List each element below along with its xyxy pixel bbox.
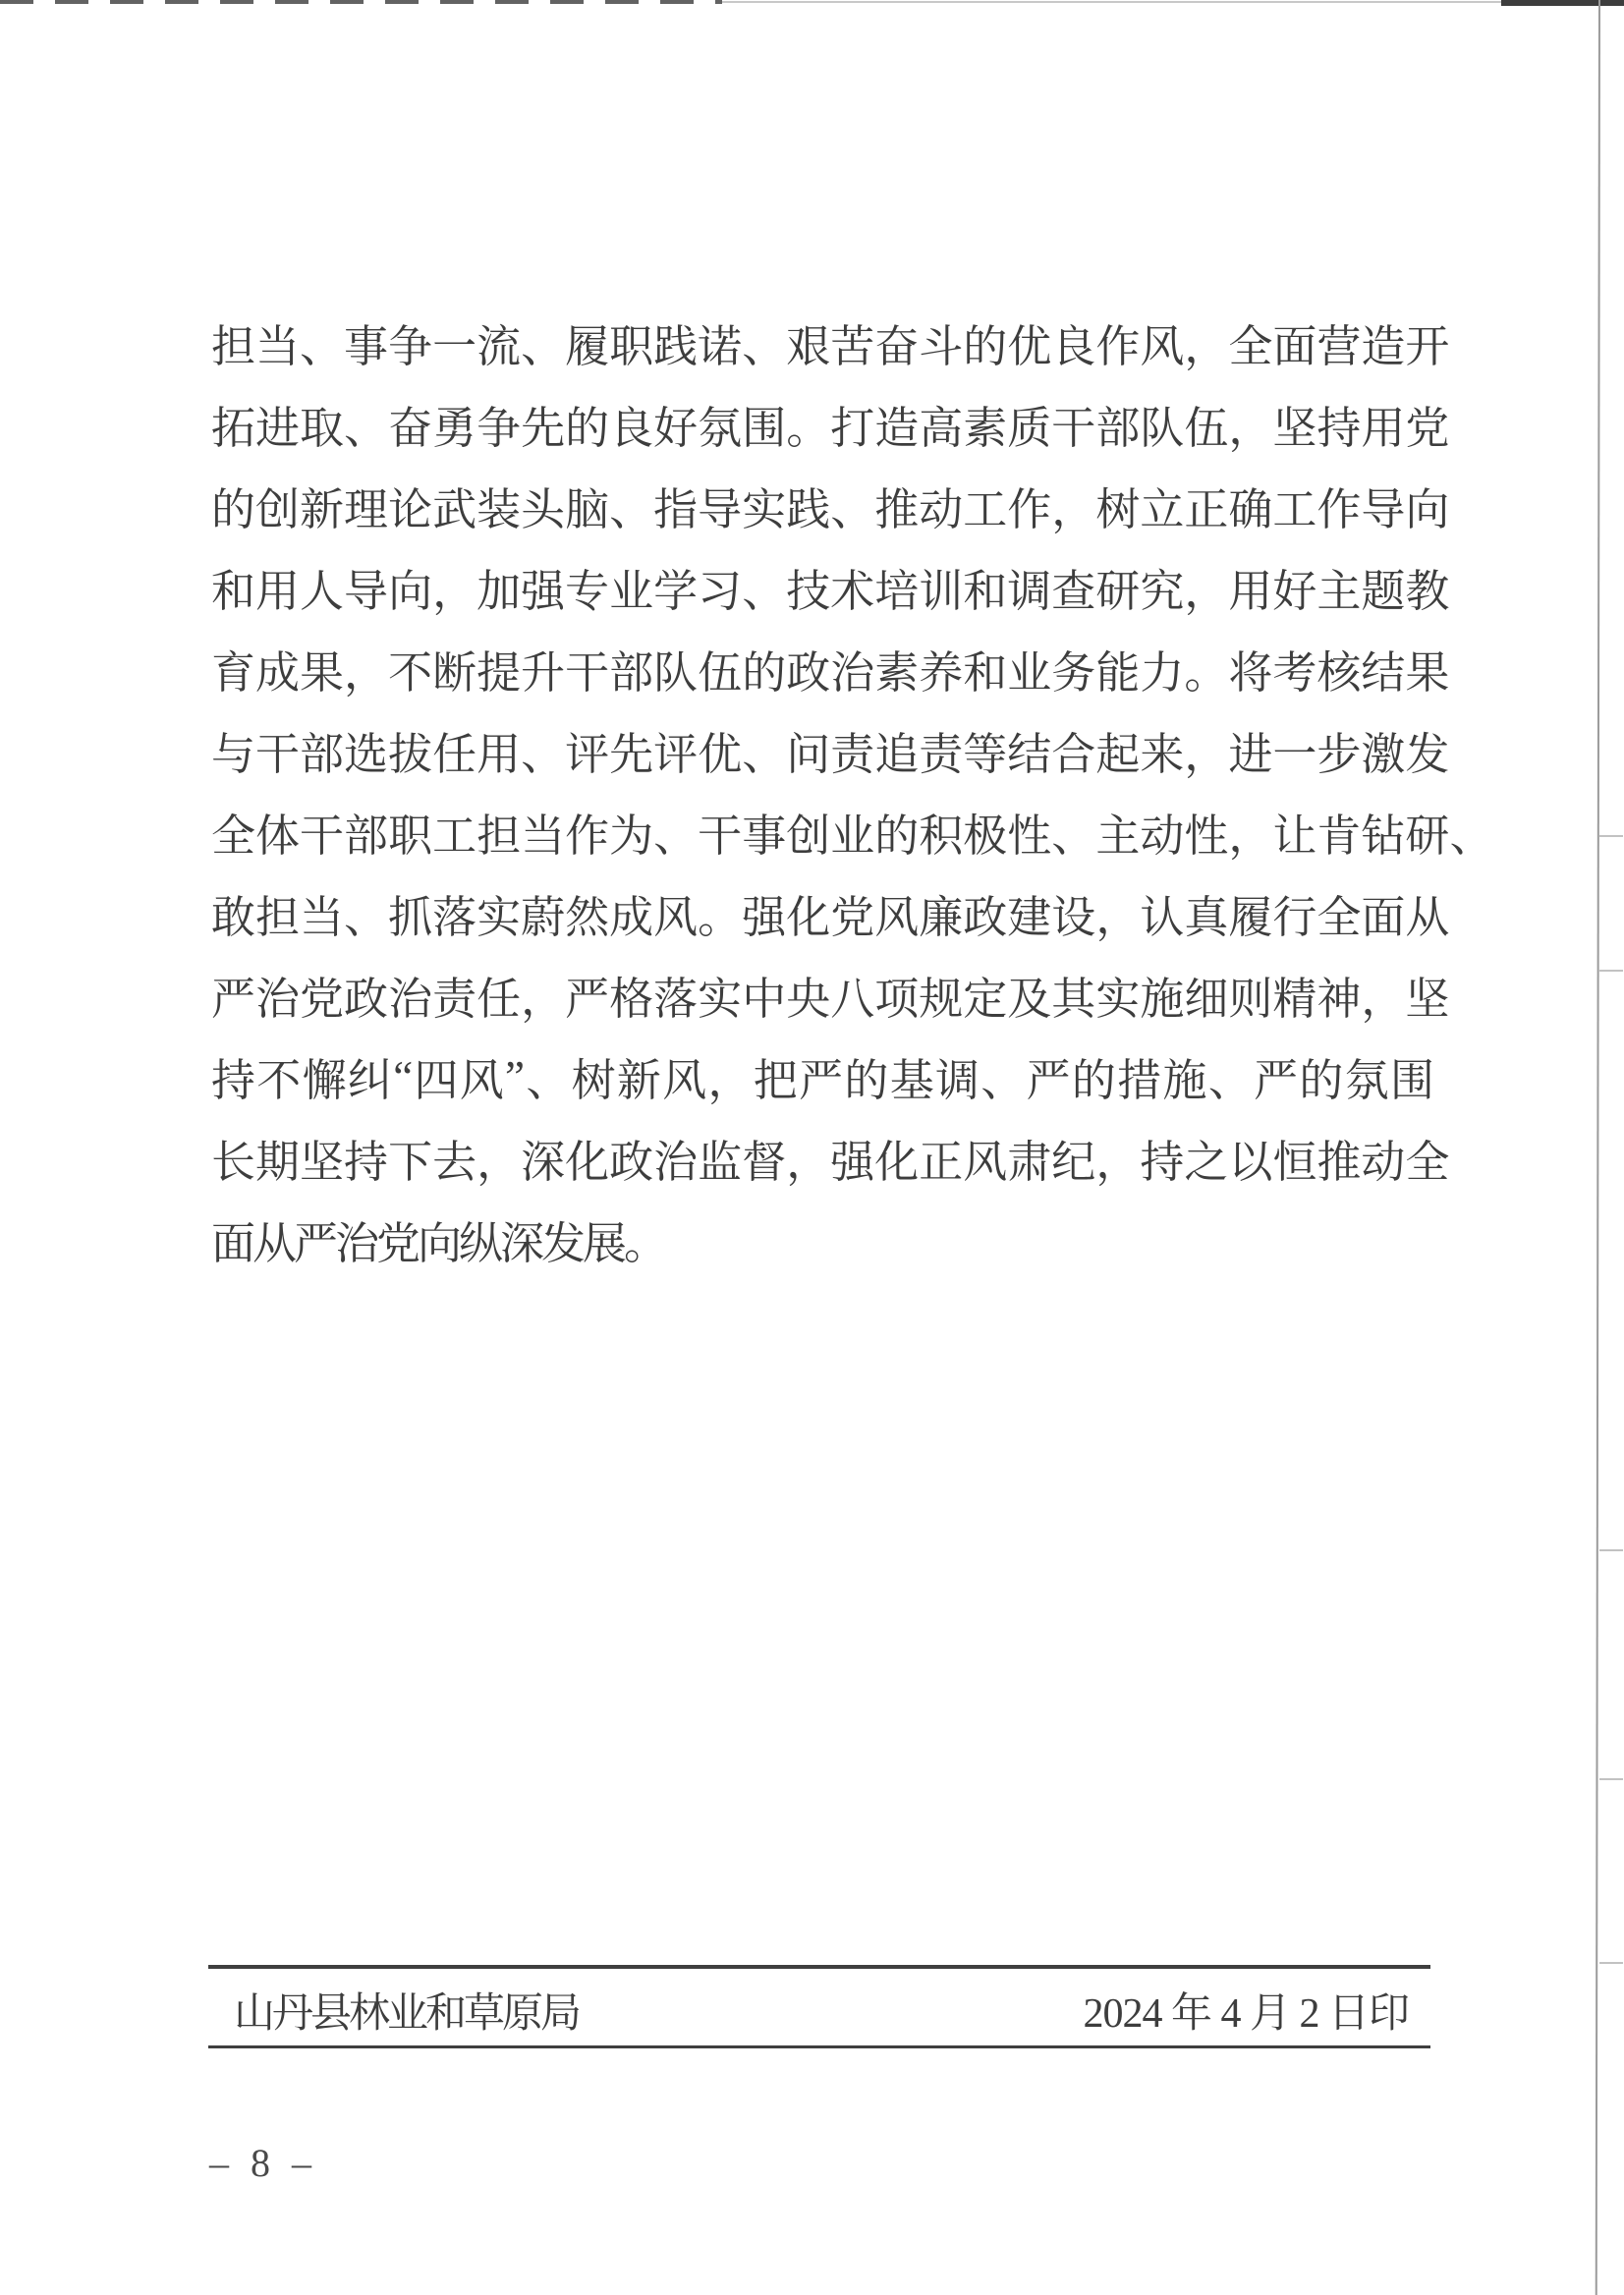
glyph: 树 <box>1095 474 1140 537</box>
glyph: 严 <box>211 963 255 1027</box>
footer-print-date: 2024 年 4 月 2 日印 <box>1083 1981 1409 2040</box>
glyph: 施 <box>1162 1044 1206 1108</box>
glyph: 优 <box>698 718 742 782</box>
glyph: 教 <box>1405 555 1449 619</box>
footer-issuer-name: 山丹县林业和草原局 <box>234 1981 579 2040</box>
glyph: 断 <box>432 637 476 700</box>
glyph: 中 <box>742 963 786 1027</box>
glyph: 培 <box>874 555 919 619</box>
glyph: 。 <box>624 1207 665 1271</box>
glyph: 一 <box>432 310 476 374</box>
glyph: 懈 <box>303 1044 347 1108</box>
glyph: 工 <box>963 474 1007 537</box>
glyph: 创 <box>786 800 830 864</box>
glyph: 当 <box>521 800 565 864</box>
glyph: 、 <box>980 1044 1025 1108</box>
glyph: 诺 <box>698 310 742 374</box>
glyph: 伍 <box>698 637 742 700</box>
glyph: ， <box>1228 392 1272 456</box>
glyph: 评 <box>653 718 698 782</box>
scan-tick <box>1599 970 1623 972</box>
glyph: 严 <box>1254 1044 1298 1108</box>
glyph: 把 <box>754 1044 798 1108</box>
glyph: 优 <box>1007 310 1051 374</box>
glyph: 项 <box>874 963 919 1027</box>
glyph: 、 <box>344 881 388 945</box>
glyph: 肃 <box>1007 1126 1051 1190</box>
glyph: 实 <box>1095 963 1140 1027</box>
glyph: 头 <box>521 474 565 537</box>
glyph: 风 <box>1140 310 1184 374</box>
glyph: 来 <box>1140 718 1184 782</box>
glyph: 、 <box>521 718 565 782</box>
glyph: 责 <box>919 718 963 782</box>
glyph: 业 <box>609 555 653 619</box>
glyph: 真 <box>1184 881 1228 945</box>
glyph: 职 <box>388 800 432 864</box>
glyph: 指 <box>653 474 698 537</box>
glyph: 面 <box>1272 310 1316 374</box>
glyph: 长 <box>211 1126 255 1190</box>
glyph: 坚 <box>300 1126 344 1190</box>
glyph: 从 <box>252 1207 294 1271</box>
glyph: 伍 <box>1184 392 1228 456</box>
glyph: 正 <box>1184 474 1228 537</box>
glyph: 人 <box>300 555 344 619</box>
glyph: 良 <box>1051 310 1095 374</box>
glyph: 题 <box>1361 555 1405 619</box>
glyph: 推 <box>1316 1126 1361 1190</box>
glyph: 担 <box>211 310 255 374</box>
glyph: 树 <box>572 1044 616 1108</box>
glyph: 四 <box>414 1044 458 1108</box>
glyph: 进 <box>1228 718 1272 782</box>
page-number: – 8 – <box>209 2140 317 2186</box>
glyph: 队 <box>653 637 698 700</box>
glyph: 氛 <box>698 392 742 456</box>
glyph: 神 <box>1316 963 1361 1027</box>
glyph: 围 <box>742 392 786 456</box>
glyph: 担 <box>255 881 300 945</box>
glyph: 全 <box>1228 310 1272 374</box>
glyph: 专 <box>565 555 609 619</box>
glyph: ， <box>432 555 476 619</box>
glyph: 业 <box>830 800 874 864</box>
glyph: 勇 <box>432 392 476 456</box>
glyph: 干 <box>1051 392 1095 456</box>
glyph: 持 <box>344 1126 388 1190</box>
glyph: 动 <box>919 474 963 537</box>
glyph: 导 <box>698 474 742 537</box>
glyph: 作 <box>1095 310 1140 374</box>
glyph: 践 <box>653 310 698 374</box>
glyph: 严 <box>565 963 609 1027</box>
glyph: 育 <box>211 637 255 700</box>
glyph: 激 <box>1361 718 1405 782</box>
glyph: 治 <box>388 963 432 1027</box>
glyph: 党 <box>830 881 874 945</box>
glyph: 论 <box>388 474 432 537</box>
glyph: “ <box>393 1051 413 1102</box>
glyph: 体 <box>255 800 300 864</box>
glyph: 争 <box>388 310 432 374</box>
body-text-line: 敢担当、抓落实蔚然成风。强化党风廉政建设，认真履行全面从 <box>211 872 1434 954</box>
glyph: 担 <box>476 800 521 864</box>
glyph: 装 <box>476 474 521 537</box>
glyph: 纠 <box>348 1044 392 1108</box>
glyph: 党 <box>376 1207 418 1271</box>
glyph: 先 <box>609 718 653 782</box>
glyph: 问 <box>786 718 830 782</box>
glyph: 先 <box>521 392 565 456</box>
glyph: 和 <box>211 555 255 619</box>
glyph: 展 <box>583 1207 624 1271</box>
glyph: 全 <box>211 800 255 864</box>
scan-tick <box>1599 1549 1623 1551</box>
glyph: 研 <box>1095 555 1140 619</box>
glyph: 果 <box>300 637 344 700</box>
glyph: 素 <box>963 392 1007 456</box>
glyph: 提 <box>476 637 521 700</box>
glyph: 恒 <box>1272 1126 1316 1190</box>
glyph: 去 <box>432 1126 476 1190</box>
glyph: 风 <box>460 1044 504 1108</box>
glyph: 技 <box>786 555 830 619</box>
glyph: 持 <box>211 1044 255 1108</box>
glyph: 氛 <box>1345 1044 1389 1108</box>
glyph: 立 <box>1140 474 1184 537</box>
glyph: 动 <box>1361 1126 1405 1190</box>
body-text-line: 持不懈纠“四风”、树新风，把严的基调、严的措施、严的氛围 <box>211 1036 1434 1117</box>
glyph: 深 <box>521 1126 565 1190</box>
glyph: 工 <box>432 800 476 864</box>
glyph: 化 <box>565 1126 609 1190</box>
glyph: 能 <box>1095 637 1140 700</box>
glyph: 严 <box>294 1207 335 1271</box>
glyph: 研 <box>1405 800 1449 864</box>
glyph: 强 <box>830 1126 874 1190</box>
body-text-line: 育成果，不断提升干部队伍的政治素养和业务能力。将考核结果 <box>211 628 1434 709</box>
glyph: 面 <box>211 1207 252 1271</box>
glyph: 干 <box>255 718 300 782</box>
glyph: 之 <box>1184 1126 1228 1190</box>
glyph: 加 <box>476 555 521 619</box>
glyph: 调 <box>1007 555 1051 619</box>
glyph: 、 <box>742 555 786 619</box>
body-text-line: 长期坚持下去，深化政治监督，强化正风肃纪，持之以恒推动全 <box>211 1117 1434 1199</box>
glyph: 风 <box>662 1044 706 1108</box>
glyph: 、 <box>521 310 565 374</box>
glyph: 认 <box>1140 881 1184 945</box>
glyph: 实 <box>698 963 742 1027</box>
glyph: 规 <box>919 963 963 1027</box>
glyph: 流 <box>476 310 521 374</box>
glyph: 坚 <box>1405 963 1449 1027</box>
glyph: 术 <box>830 555 874 619</box>
glyph: 查 <box>1051 555 1095 619</box>
glyph: 造 <box>1361 310 1405 374</box>
glyph: 央 <box>786 963 830 1027</box>
glyph: 将 <box>1228 637 1272 700</box>
glyph: 风 <box>653 881 698 945</box>
glyph: 训 <box>919 555 963 619</box>
glyph: 、 <box>1449 800 1493 864</box>
glyph: 正 <box>919 1126 963 1190</box>
glyph: 核 <box>1316 637 1361 700</box>
glyph: 让 <box>1272 800 1316 864</box>
glyph: 政 <box>344 963 388 1027</box>
glyph: 营 <box>1316 310 1361 374</box>
glyph: 造 <box>874 392 919 456</box>
glyph: 的 <box>565 392 609 456</box>
glyph: 落 <box>653 963 698 1027</box>
glyph: 部 <box>609 637 653 700</box>
glyph: 督 <box>742 1126 786 1190</box>
glyph: 干 <box>565 637 609 700</box>
glyph: 建 <box>1007 881 1051 945</box>
glyph: 纵 <box>459 1207 500 1271</box>
glyph: 政 <box>609 1126 653 1190</box>
glyph: 素 <box>874 637 919 700</box>
glyph: 新 <box>300 474 344 537</box>
glyph: 廉 <box>919 881 963 945</box>
glyph: 业 <box>1007 637 1051 700</box>
glyph: 设 <box>1051 881 1095 945</box>
glyph: 向 <box>388 555 432 619</box>
glyph: ， <box>1095 1126 1140 1190</box>
glyph: 当 <box>255 310 300 374</box>
body-text-line-last: 面从严治党向纵深发展。 <box>211 1199 1434 1280</box>
glyph: 与 <box>211 718 255 782</box>
glyph: 纪 <box>1051 1126 1095 1190</box>
glyph: 工 <box>1272 474 1316 537</box>
glyph: 习 <box>698 555 742 619</box>
glyph: 理 <box>344 474 388 537</box>
glyph: 责 <box>830 718 874 782</box>
glyph: 的 <box>211 474 255 537</box>
glyph: 的 <box>874 800 919 864</box>
glyph: ， <box>1184 718 1228 782</box>
glyph: 基 <box>890 1044 934 1108</box>
glyph: 导 <box>344 555 388 619</box>
glyph: 行 <box>1272 881 1316 945</box>
glyph: 然 <box>565 881 609 945</box>
body-text-line: 的创新理论武装头脑、指导实践、推动工作，树立正确工作导向 <box>211 465 1434 546</box>
glyph: 成 <box>255 637 300 700</box>
glyph: 合 <box>1051 718 1095 782</box>
glyph: 任 <box>476 963 521 1027</box>
glyph: 用 <box>1228 555 1272 619</box>
glyph: 蔚 <box>521 881 565 945</box>
glyph: 争 <box>476 392 521 456</box>
glyph: 积 <box>919 800 963 864</box>
glyph: 履 <box>1228 881 1272 945</box>
glyph: 则 <box>1228 963 1272 1027</box>
glyph: 治 <box>653 1126 698 1190</box>
glyph: 政 <box>786 637 830 700</box>
glyph: 、 <box>653 800 698 864</box>
glyph: 、 <box>742 718 786 782</box>
glyph: ， <box>476 1126 521 1190</box>
glyph: 等 <box>963 718 1007 782</box>
glyph: 打 <box>830 392 874 456</box>
scan-edge-artifact-right-line <box>1596 0 1600 2295</box>
glyph: 、 <box>609 474 653 537</box>
glyph: 起 <box>1095 718 1140 782</box>
glyph: 推 <box>874 474 919 537</box>
glyph: 的 <box>1299 1044 1343 1108</box>
glyph: 学 <box>653 555 698 619</box>
glyph: 当 <box>300 881 344 945</box>
glyph: 下 <box>388 1126 432 1190</box>
glyph: 细 <box>1184 963 1228 1027</box>
glyph: 、 <box>344 392 388 456</box>
glyph: 奋 <box>874 310 919 374</box>
glyph: 敢 <box>211 881 255 945</box>
body-text-line: 拓进取、奋勇争先的良好氛围。打造高素质干部队伍，坚持用党 <box>211 383 1434 465</box>
scan-edge-artifact-top-hairline <box>722 1 1501 3</box>
body-text-line: 担当、事争一流、履职践诺、艰苦奋斗的优良作风，全面营造开 <box>211 302 1434 383</box>
glyph: 追 <box>874 718 919 782</box>
glyph: 及 <box>1007 963 1051 1027</box>
glyph: 格 <box>609 963 653 1027</box>
glyph: 性 <box>1184 800 1228 864</box>
glyph: 干 <box>300 800 344 864</box>
glyph: 化 <box>786 881 830 945</box>
glyph: 的 <box>963 310 1007 374</box>
glyph: 脑 <box>565 474 609 537</box>
glyph: 面 <box>1361 881 1405 945</box>
glyph: 全 <box>1316 881 1361 945</box>
glyph: 取 <box>300 392 344 456</box>
glyph: 、 <box>526 1044 570 1108</box>
body-text-line: 与干部选拔任用、评先评优、问责追责等结合起来，进一步激发 <box>211 709 1434 791</box>
glyph: 、 <box>1051 800 1095 864</box>
glyph: 质 <box>1007 392 1051 456</box>
glyph: 严 <box>799 1044 843 1108</box>
glyph: 部 <box>1095 392 1140 456</box>
glyph: 良 <box>609 392 653 456</box>
glyph: 一 <box>1272 718 1316 782</box>
glyph: 作 <box>1007 474 1051 537</box>
glyph: 武 <box>432 474 476 537</box>
glyph: 。 <box>698 881 742 945</box>
glyph: 果 <box>1405 637 1449 700</box>
glyph: 评 <box>565 718 609 782</box>
glyph: 和 <box>963 637 1007 700</box>
glyph: 结 <box>1361 637 1405 700</box>
glyph: 选 <box>344 718 388 782</box>
glyph: 治 <box>255 963 300 1027</box>
glyph: 监 <box>698 1126 742 1190</box>
glyph: 部 <box>344 800 388 864</box>
glyph: 不 <box>388 637 432 700</box>
glyph: 步 <box>1316 718 1361 782</box>
glyph: 发 <box>1405 718 1449 782</box>
glyph: 拓 <box>211 392 255 456</box>
glyph: 、 <box>1208 1044 1253 1108</box>
glyph: 考 <box>1272 637 1316 700</box>
glyph: 极 <box>963 800 1007 864</box>
glyph: 期 <box>255 1126 300 1190</box>
glyph: 全 <box>1405 1126 1449 1190</box>
scan-edge-artifact-top-dashes <box>0 0 722 4</box>
glyph: ， <box>786 1126 830 1190</box>
glyph: 施 <box>1140 963 1184 1027</box>
scan-edge-artifact-top-right <box>1501 0 1624 6</box>
glyph: 主 <box>1316 555 1361 619</box>
glyph: 队 <box>1140 392 1184 456</box>
glyph: 作 <box>565 800 609 864</box>
glyph: 用 <box>1361 392 1405 456</box>
scan-tick <box>1599 835 1623 837</box>
glyph: ， <box>1095 881 1140 945</box>
glyph: 实 <box>742 474 786 537</box>
glyph: 。 <box>1184 637 1228 700</box>
glyph: ， <box>1184 555 1228 619</box>
glyph: 不 <box>256 1044 301 1108</box>
body-text-line: 全体干部职工担当作为、干事创业的积极性、主动性，让肯钻研、 <box>211 791 1434 872</box>
glyph: 。 <box>786 392 830 456</box>
glyph: 用 <box>255 555 300 619</box>
glyph: 的 <box>742 637 786 700</box>
body-text-line: 和用人导向，加强专业学习、技术培训和调查研究，用好主题教 <box>211 546 1434 628</box>
glyph: 部 <box>300 718 344 782</box>
glyph: 责 <box>432 963 476 1027</box>
glyph: 其 <box>1051 963 1095 1027</box>
glyph: 结 <box>1007 718 1051 782</box>
glyph: 肯 <box>1316 800 1361 864</box>
glyph: 党 <box>1405 392 1449 456</box>
glyph: 好 <box>653 392 698 456</box>
glyph: 践 <box>786 474 830 537</box>
glyph: 创 <box>255 474 300 537</box>
glyph: 、 <box>300 310 344 374</box>
glyph: 的 <box>844 1044 888 1108</box>
glyph: 任 <box>432 718 476 782</box>
glyph: 风 <box>963 1126 1007 1190</box>
glyph: 新 <box>617 1044 661 1108</box>
glyph: 钻 <box>1361 800 1405 864</box>
glyph: 干 <box>698 800 742 864</box>
glyph: 确 <box>1228 474 1272 537</box>
footer-top-rule <box>208 1965 1430 1969</box>
glyph: 用 <box>476 718 521 782</box>
glyph: 定 <box>963 963 1007 1027</box>
glyph: 持 <box>1140 1126 1184 1190</box>
glyph: ， <box>521 963 565 1027</box>
glyph: 主 <box>1095 800 1140 864</box>
glyph: 向 <box>418 1207 459 1271</box>
scan-tick <box>1599 1778 1623 1780</box>
glyph: 力 <box>1140 637 1184 700</box>
glyph: 坚 <box>1272 392 1316 456</box>
glyph: 作 <box>1316 474 1361 537</box>
glyph: 治 <box>335 1207 376 1271</box>
glyph: 职 <box>609 310 653 374</box>
glyph: 事 <box>742 800 786 864</box>
glyph: 苦 <box>830 310 874 374</box>
glyph: ， <box>708 1044 753 1108</box>
glyph: 向 <box>1405 474 1449 537</box>
glyph: 党 <box>300 963 344 1027</box>
glyph: 风 <box>874 881 919 945</box>
glyph: 养 <box>919 637 963 700</box>
glyph: 性 <box>1007 800 1051 864</box>
glyph: 开 <box>1405 310 1449 374</box>
glyph: 高 <box>919 392 963 456</box>
glyph: 治 <box>830 637 874 700</box>
